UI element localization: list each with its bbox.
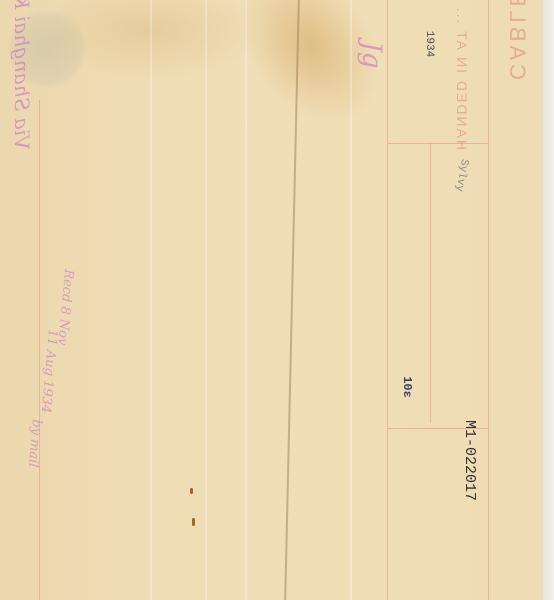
form-rule: [39, 100, 40, 600]
crease: [350, 0, 352, 600]
scan-edge: [543, 0, 554, 600]
crease: [150, 0, 152, 600]
form-rule: [488, 0, 489, 600]
stamp-number: 1934: [423, 31, 435, 57]
document-page: CABLE AND WIRELESS LIMITED HANDED IN AT …: [0, 0, 543, 600]
form-rule: [387, 0, 388, 600]
handwritten-line: 11 Aug 1934: [38, 329, 60, 414]
rust-mark: [190, 488, 193, 494]
handwritten-main-line: Via Shanghai Kowloon: [10, 0, 34, 150]
handwritten-initial: Jg: [357, 41, 387, 68]
pencil-scribble: Sylvy: [452, 158, 470, 193]
form-rule: [388, 143, 488, 144]
printed-company-name: CABLE AND WIRELESS LIMITED: [504, 0, 530, 80]
printed-subheading: HANDED IN AT ... / WORDS: [454, 0, 470, 150]
serial-mark: 10ɛ: [400, 376, 414, 398]
handwritten-line: by mail: [25, 419, 44, 468]
catalog-number: M1-022017: [461, 420, 478, 501]
crease: [245, 0, 247, 600]
form-rule: [430, 143, 431, 423]
rust-mark: [192, 518, 195, 526]
crease: [205, 0, 207, 600]
